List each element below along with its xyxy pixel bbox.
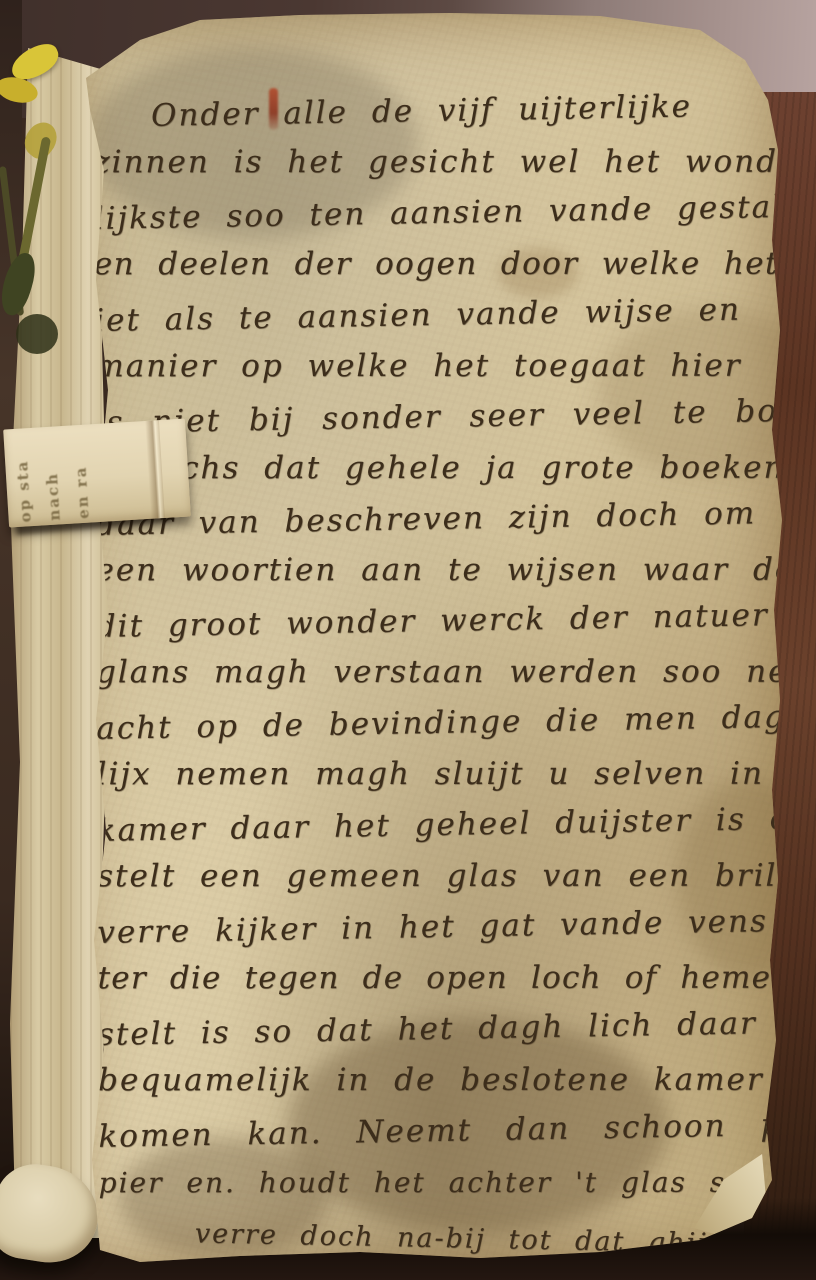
manuscript-line: kamer daar het geheel duijster is en xyxy=(96,794,775,857)
manuscript-line: bequamelijk in de beslotene kamer xyxy=(98,1055,776,1107)
plant-leaf xyxy=(0,249,41,318)
manuscript-line: lechs dat gehele ja grote boeken xyxy=(95,443,773,495)
manuscript-line: manier op welke het toegaat hier xyxy=(94,341,772,393)
manuscript-line: is niet bij sonder seer veel te bodeⁿ xyxy=(94,386,773,449)
plant-leaf xyxy=(16,314,58,354)
manuscript-line: Onder alle de vijf uijterlijke xyxy=(93,80,772,143)
manuscript-line: lijx nemen magh sluijt u selven in een xyxy=(97,749,775,801)
manuscript-line: stelt een gemeen glas van een bril of xyxy=(97,851,775,903)
manuscript-line: daar van beschreven zijn doch om met xyxy=(95,488,774,551)
plant-petal xyxy=(0,73,40,106)
handwritten-text: Onder alle de vijf uijterlijkezinnen is … xyxy=(93,84,777,1261)
bookmark-tab: op sta nach en ra xyxy=(3,419,191,528)
tab-text-fragment: nach xyxy=(42,430,62,521)
manuscript-line: zinnen is het gesicht wel het wonder xyxy=(93,137,771,189)
tab-text-fragment: en ra xyxy=(71,429,91,520)
manuscript-photo: Onder alle de vijf uijterlijkezinnen is … xyxy=(0,0,816,1280)
manuscript-line: iet als te aansien vande wijse en xyxy=(94,284,773,347)
manuscript-line: verre kijker in het gat vande vens xyxy=(97,896,776,959)
tab-text-fragment: op sta xyxy=(13,432,33,523)
manuscript-line: stelt is so dat het dagh lich daar door xyxy=(97,998,776,1061)
manuscript-line: dit groot wonder werck der natuer ver xyxy=(95,590,774,653)
manuscript-line: een woortien aan te wijsen waar door xyxy=(95,545,773,597)
manuscript-line: glans magh verstaan werden soo neemt xyxy=(96,647,774,699)
manuscript-line: pier en. houdt het achter 't glas soo xyxy=(99,1157,777,1209)
manuscript-line: en deelen der oogen door welke het gesch xyxy=(94,239,772,291)
manuscript-line: komen kan. Neemt dan schoon pa xyxy=(98,1100,777,1163)
manuscript-page: Onder alle de vijf uijterlijkezinnen is … xyxy=(58,8,788,1268)
dried-plant xyxy=(0,26,96,356)
manuscript-line: lijkste soo ten aansien vande gestalte xyxy=(93,182,772,245)
manuscript-line: acht op de bevindinge die men dage xyxy=(96,692,775,755)
manuscript-line: ter die tegen de open loch of hemel ge xyxy=(98,953,776,1005)
